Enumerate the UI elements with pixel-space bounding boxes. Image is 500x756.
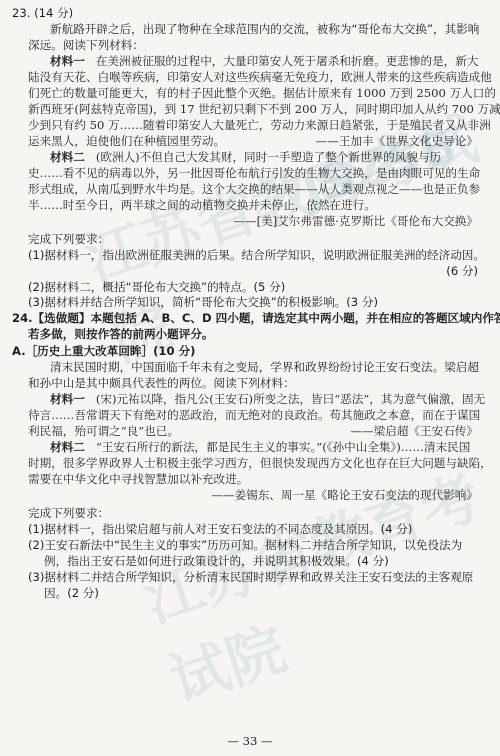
section-b bbox=[0, 0, 500, 756]
page-number: — 33 — bbox=[0, 734, 500, 748]
